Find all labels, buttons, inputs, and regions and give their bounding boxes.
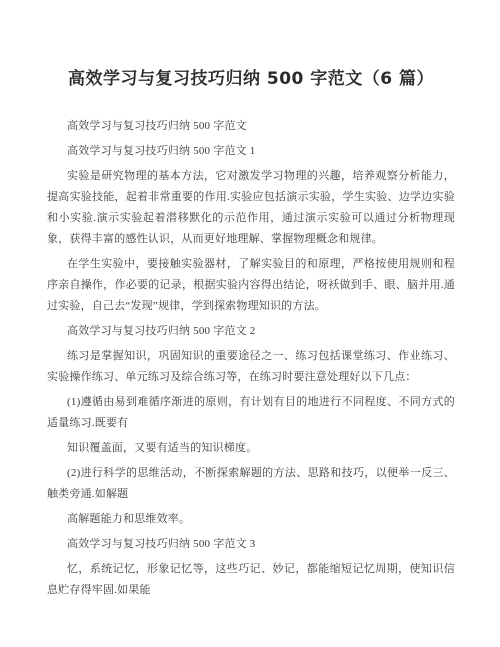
document-title: 高效学习与复习技巧归纳 500 字范文（6 篇） — [47, 66, 455, 92]
document-paragraph: 高解题能力和思维效率。 — [47, 509, 455, 530]
document-paragraph: 高效学习与复习技巧归纳 500 字范文 1 — [47, 141, 455, 162]
document-body: 高效学习与复习技巧归纳 500 字范文 高效学习与复习技巧归纳 500 字范文 … — [47, 116, 455, 601]
document-paragraph: 练习是掌握知识，巩固知识的重要途径之一、练习包括课堂练习、作业练习、实验操作练习… — [47, 346, 455, 388]
document-paragraph: 知识覆盖面，又要有适当的知识梯度。 — [47, 438, 455, 459]
document-page: 高效学习与复习技巧归纳 500 字范文（6 篇） 高效学习与复习技巧归纳 500… — [0, 0, 500, 647]
document-paragraph: 忆，系统记忆，形象记忆等，这些巧记、妙记，都能缩短记忆周期，使知识信息贮存得牢固… — [47, 559, 455, 601]
document-paragraph: 高效学习与复习技巧归纳 500 字范文 — [47, 116, 455, 137]
document-paragraph: 在学生实验中，要接触实验器材，了解实验目的和原理，严格按使用规则和程序亲自操作，… — [47, 254, 455, 317]
document-paragraph: 实验是研究物理的基本方法，它对激发学习物理的兴趣，培养观察分析能力，提高实验技能… — [47, 166, 455, 250]
document-paragraph: 高效学习与复习技巧归纳 500 字范文 3 — [47, 534, 455, 555]
document-paragraph: (1)遵循由易到难循序渐进的原则，有计划有目的地进行不同程度、不同方式的适量练习… — [47, 392, 455, 434]
document-paragraph: 高效学习与复习技巧归纳 500 字范文 2 — [47, 321, 455, 342]
document-paragraph: (2)进行科学的思维活动，不断探索解题的方法、思路和技巧，以便举一反三、触类旁通… — [47, 463, 455, 505]
